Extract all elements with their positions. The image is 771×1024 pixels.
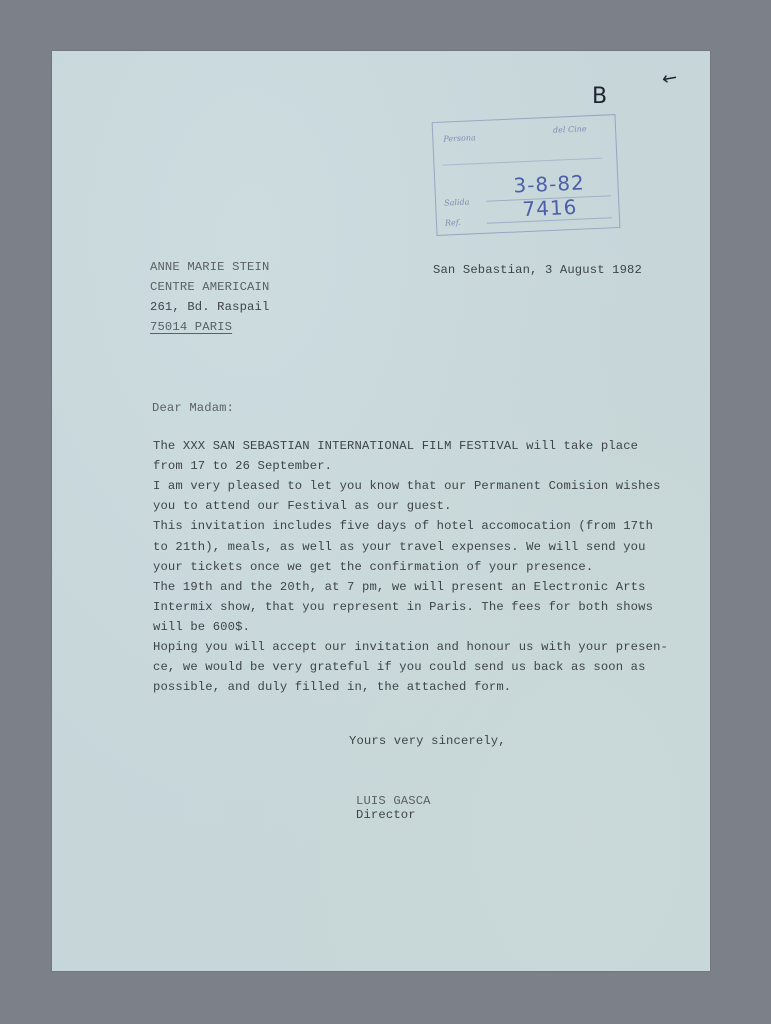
closing: Yours very sincerely, (349, 731, 506, 751)
body-line: ce, we would be very grateful if you cou… (153, 657, 646, 677)
body-line: Intermix show, that you represent in Par… (153, 597, 653, 617)
body-line: your tickets once we get the confirmatio… (153, 557, 593, 577)
body-line: This invitation includes five days of ho… (153, 516, 653, 536)
body-line: The XXX SAN SEBASTIAN INTERNATIONAL FILM… (153, 436, 638, 456)
stamp-date: 3-8-82 (513, 170, 585, 197)
body-line: to 21th), meals, as well as your travel … (153, 537, 646, 557)
recipient-organization: CENTRE AMERICAIN (150, 277, 269, 297)
body-line: possible, and duly filled in, the attach… (153, 677, 511, 697)
recipient-street: 261, Bd. Raspail (150, 297, 269, 317)
handwritten-letter-mark: B (592, 84, 607, 109)
signatory-title: Director (356, 805, 416, 825)
body-line: Hoping you will accept our invitation an… (153, 637, 668, 657)
recipient-city: 75014 PARIS (150, 317, 232, 337)
body-line: from 17 to 26 September. (153, 456, 332, 476)
recipient-name: ANNE MARIE STEIN (150, 257, 269, 277)
body-line: will be 600$. (153, 617, 250, 637)
stamp-label-salida: Salida (444, 197, 470, 207)
body-line: The 19th and the 20th, at 7 pm, we will … (153, 577, 646, 597)
stamp-header-right: del Cine (553, 124, 587, 134)
body-line: I am very pleased to let you know that o… (153, 476, 661, 496)
stamp-label-ref: Ref. (445, 218, 461, 228)
registry-stamp: Persona del Cine Salida Ref. 3-8-82 7416 (432, 114, 621, 236)
stamp-header-left: Persona (443, 133, 476, 143)
body-line: you to attend our Festival as our guest. (153, 496, 452, 516)
stamp-ref-number: 7416 (522, 195, 578, 221)
place-date: San Sebastian, 3 August 1982 (433, 260, 642, 280)
salutation: Dear Madam: (152, 398, 234, 418)
